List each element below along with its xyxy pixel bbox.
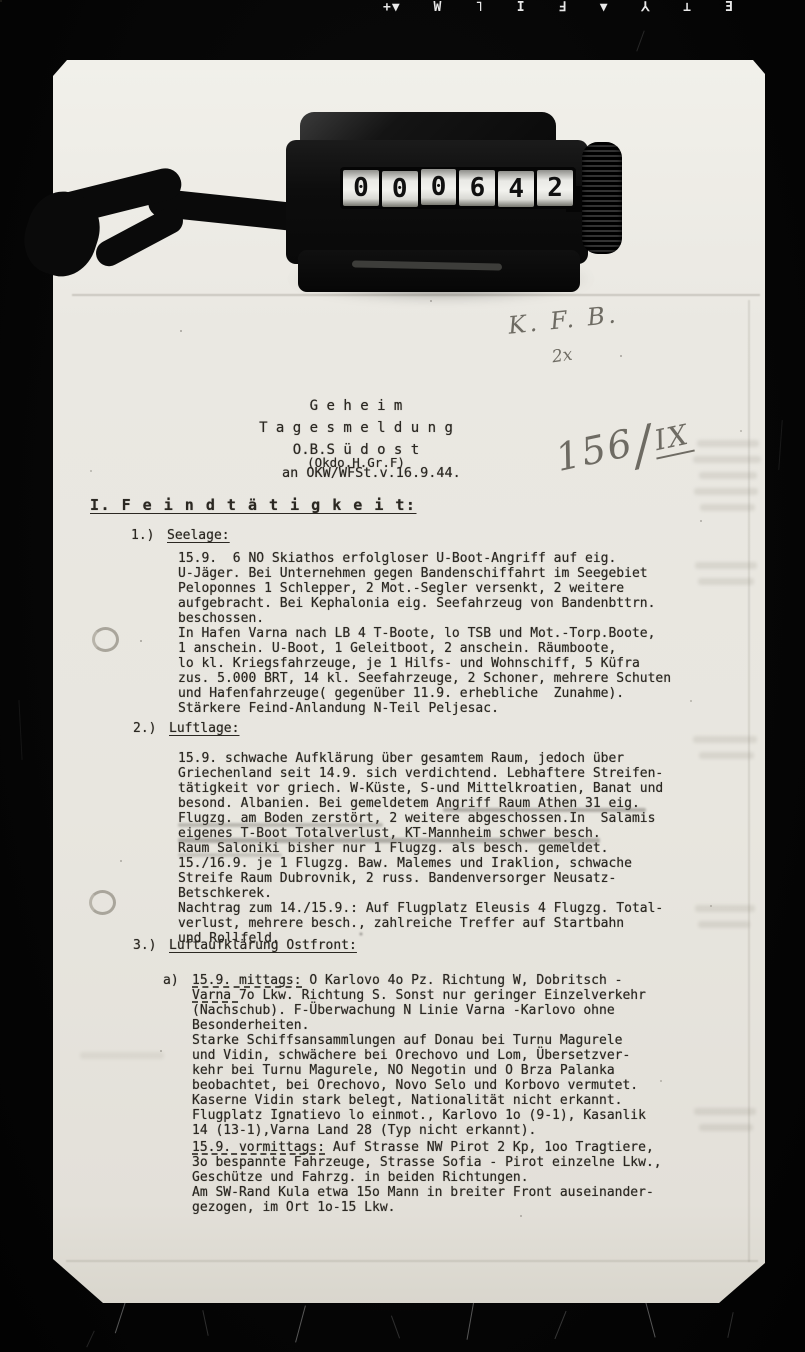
pencil-smudge-saloniki bbox=[178, 853, 282, 857]
microfilm-scan: +▼ W ˥ I Ⅎ ▼ ⅄ ⊥ Ǝ bbox=[0, 0, 805, 1352]
section-1-number: 1.) bbox=[131, 528, 154, 543]
counter-digit-window: 0 0 0 6 4 2 bbox=[340, 167, 576, 209]
handwritten-copy-count: 2x bbox=[551, 345, 574, 368]
section-1-body: 15.9. 6 NO Skiathos erfolgloser U-Boot-A… bbox=[178, 551, 671, 716]
section-1-title: Seelage: bbox=[167, 528, 230, 543]
addressee-line: an OKW/WFSt.v.16.9.44. bbox=[282, 466, 461, 481]
pencil-underline-tboot bbox=[178, 838, 600, 843]
counter-base bbox=[298, 250, 580, 292]
counter-knob bbox=[582, 142, 622, 254]
section-heading-feindtaetigkeit: I. F e i n d t ä t i g k e i t: bbox=[90, 498, 416, 513]
section-3a-label: a) bbox=[163, 973, 179, 988]
section-3a-body: 15.9. mittags: O Karlovo 4o Pz. Richtung… bbox=[192, 973, 646, 1138]
counter-digit: 0 bbox=[382, 171, 418, 207]
section-2-number: 2.) bbox=[133, 721, 156, 736]
counter-digit: 6 bbox=[459, 170, 495, 206]
pencil-underline-flugzg bbox=[178, 823, 383, 827]
pencil-underline-athen bbox=[443, 808, 646, 812]
counter-digit: 0 bbox=[421, 169, 457, 205]
counter-digit: 0 bbox=[343, 170, 379, 206]
punch-hole bbox=[89, 890, 116, 915]
classification-line: G e h e i m bbox=[310, 398, 403, 414]
typed-underline-vormittags bbox=[192, 1153, 325, 1155]
film-edge-marks: +▼ W ˥ I Ⅎ ▼ ⅄ ⊥ Ǝ bbox=[383, 0, 801, 18]
section-3b-body: 15.9. vormittags: Auf Strasse NW Pirot 2… bbox=[192, 1140, 662, 1215]
typed-underline-mittags bbox=[192, 986, 302, 988]
typed-underline-varna bbox=[192, 1001, 238, 1003]
section-2-title: Luftlage: bbox=[169, 721, 239, 736]
counter-digit: 4 bbox=[498, 171, 534, 207]
file-number-roman: IX bbox=[649, 417, 694, 459]
section-2-body: 15.9. schwache Aufklärung über gesamtem … bbox=[178, 751, 663, 946]
counter-digit: 2 bbox=[537, 170, 573, 206]
paper-specks bbox=[0, 0, 2, 2]
section-3-number: 3.) bbox=[133, 938, 156, 953]
punch-hole bbox=[92, 627, 119, 652]
section-3-title: Luftaufklärung Ostfront: bbox=[169, 938, 357, 953]
doc-type-line: T a g e s m e l d u n g bbox=[259, 420, 453, 436]
sheet-edge-bottom bbox=[66, 1260, 758, 1262]
